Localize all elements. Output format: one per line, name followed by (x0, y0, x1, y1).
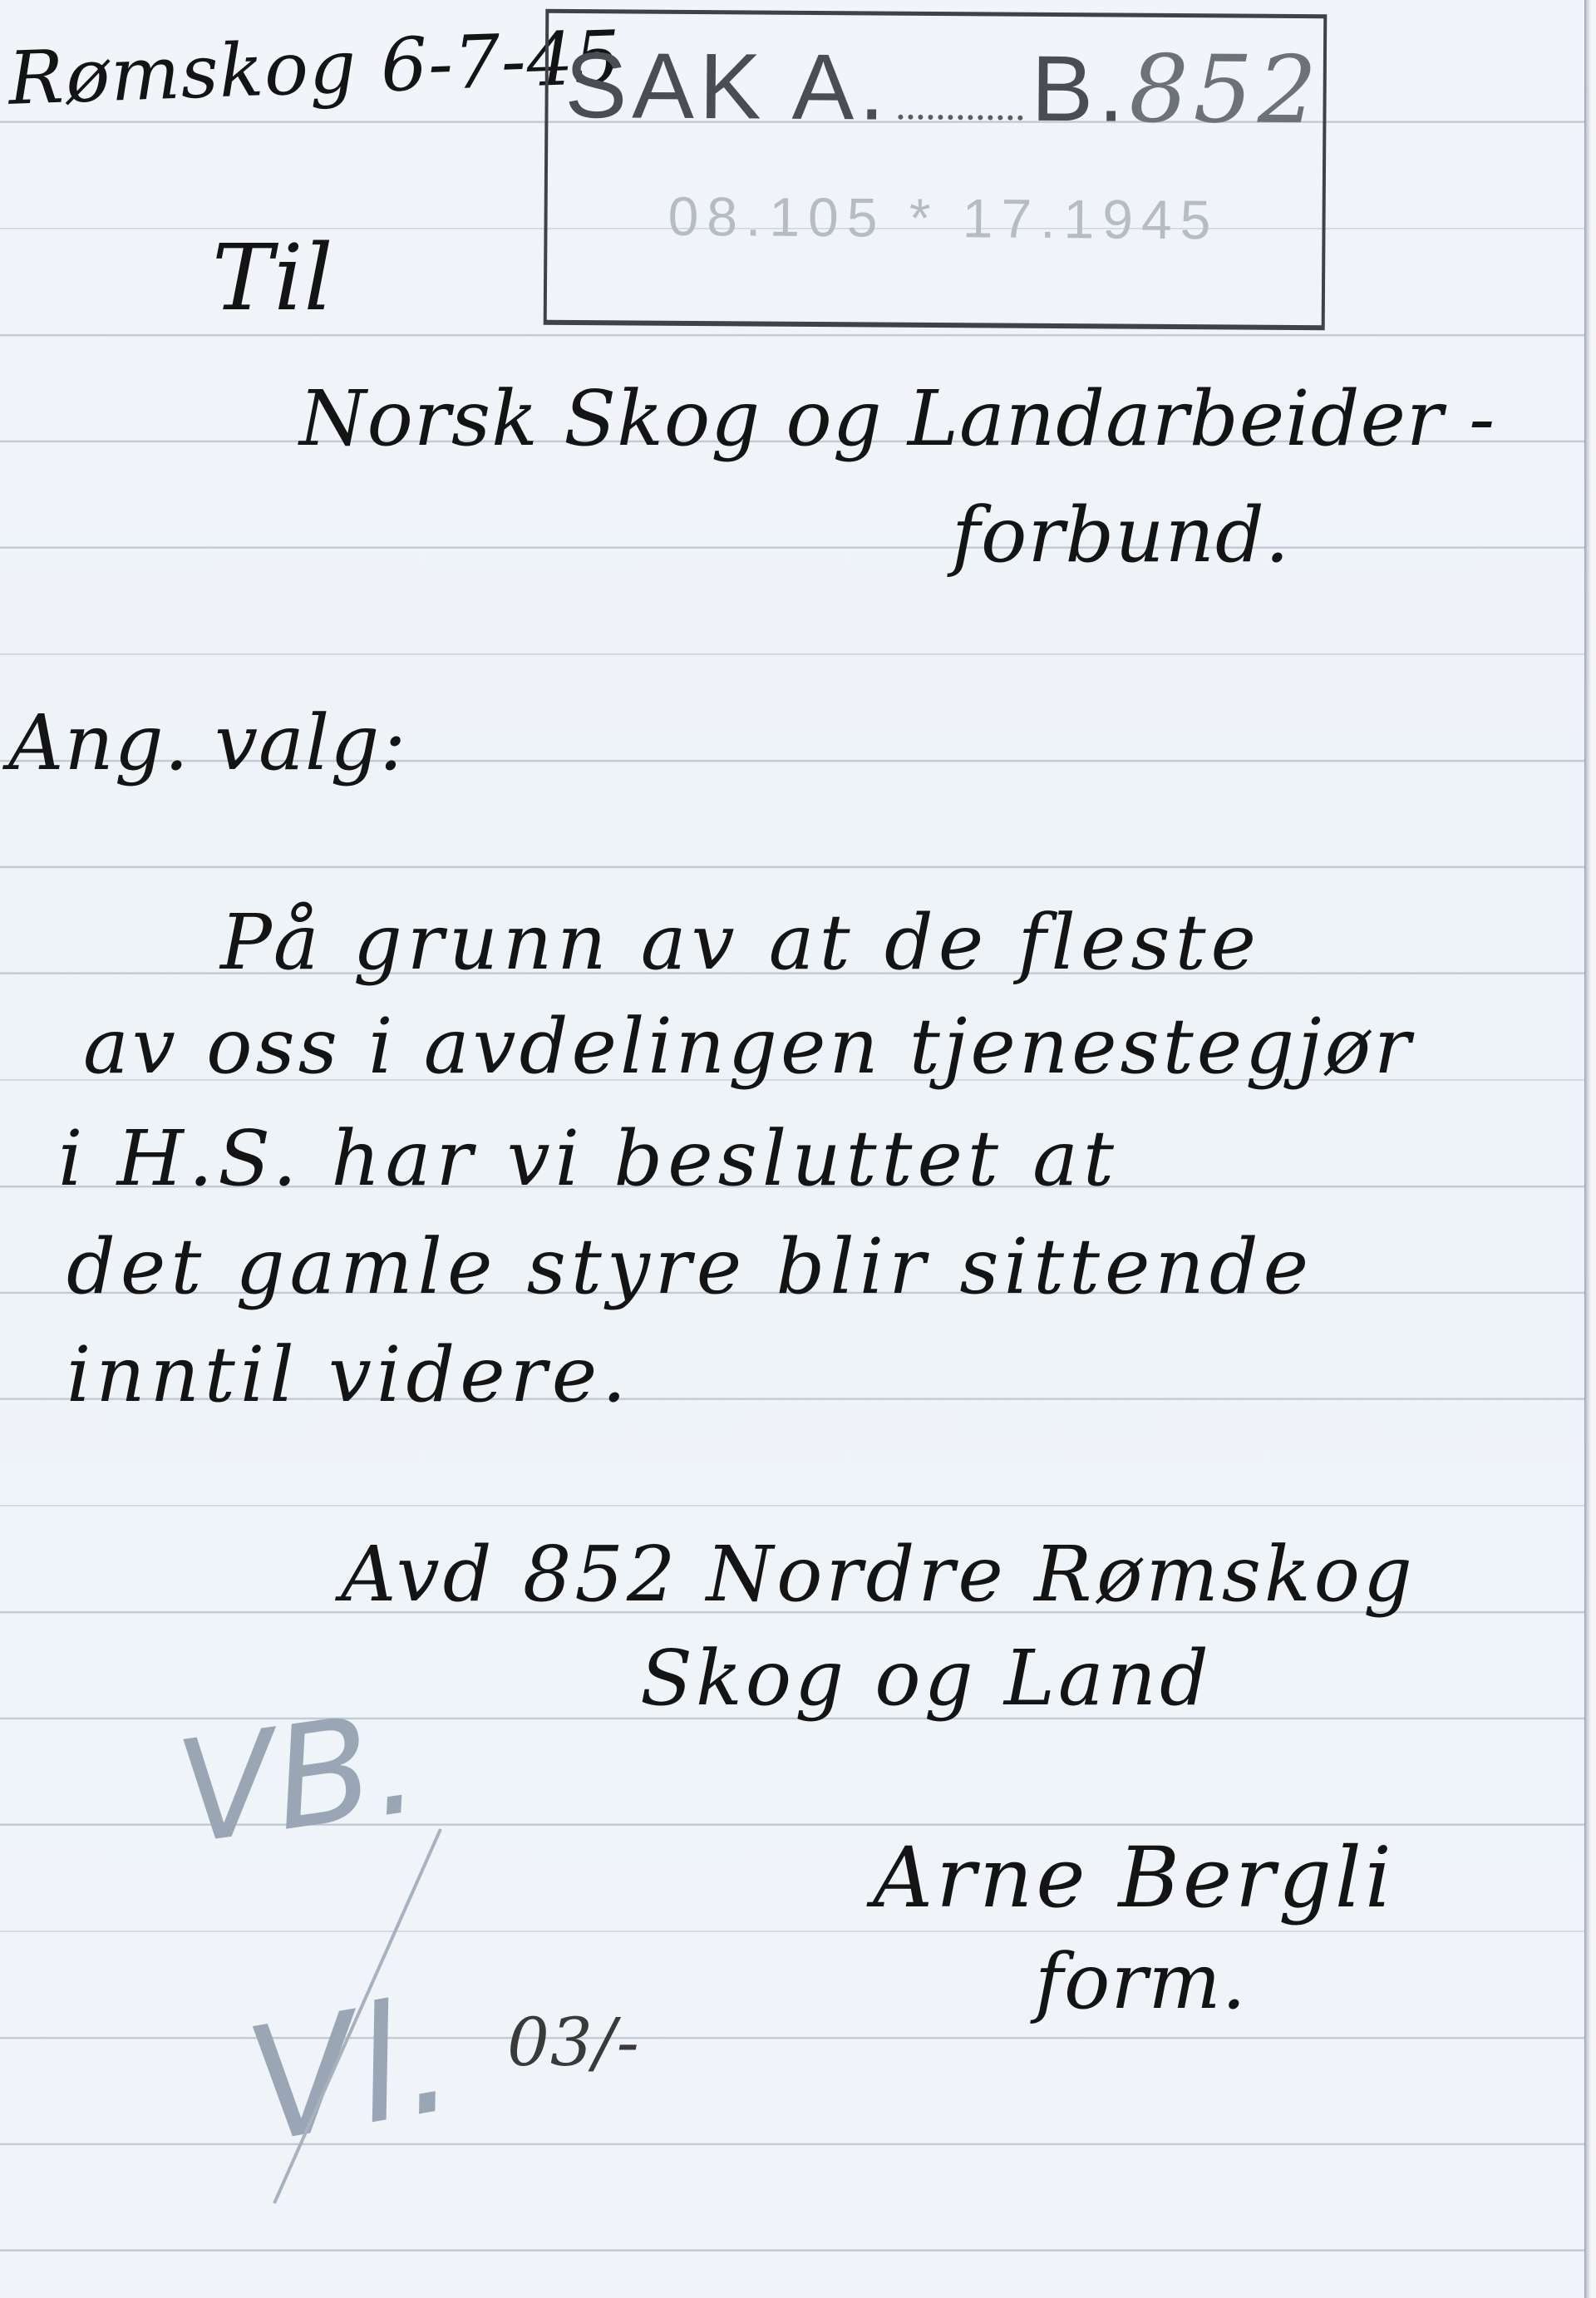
pencil-slash (274, 1829, 441, 2203)
pencil-strokes (0, 0, 1596, 2298)
